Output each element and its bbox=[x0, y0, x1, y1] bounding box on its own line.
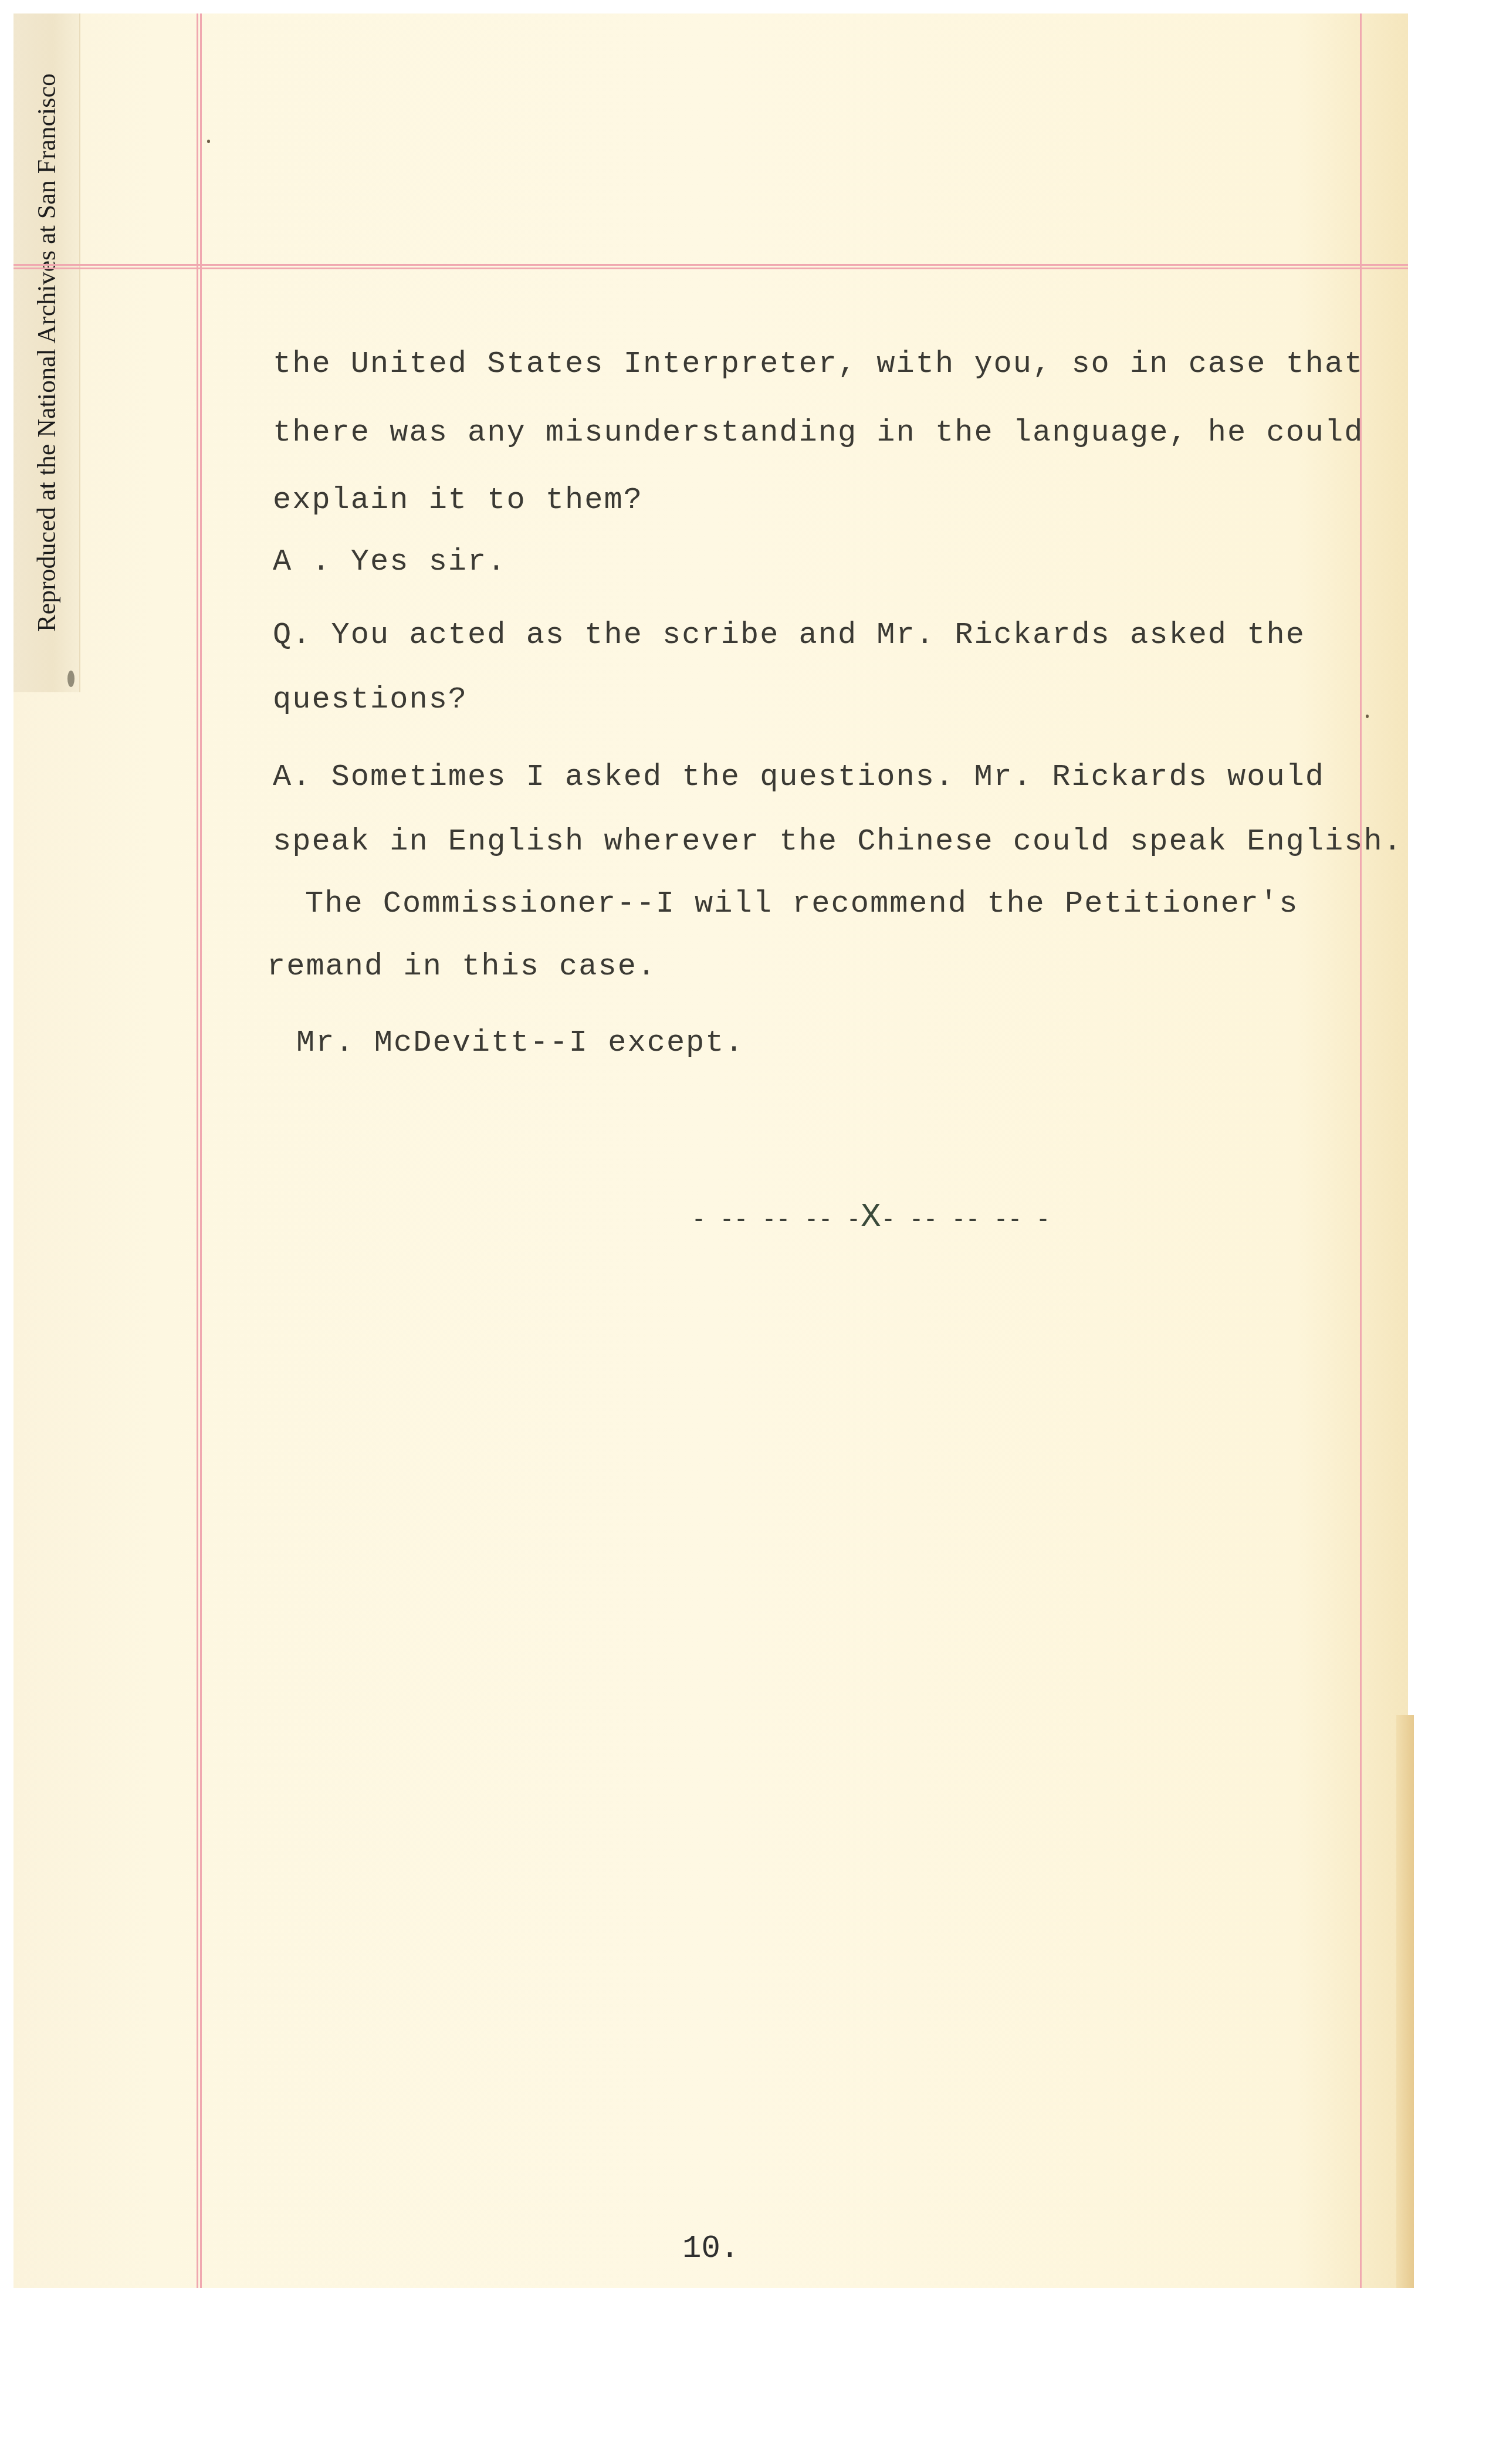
answer-line: A . Yes sir. bbox=[273, 544, 506, 580]
transcript-line: there was any misunderstanding in the la… bbox=[273, 415, 1363, 451]
separator-mark: X bbox=[861, 1199, 881, 1237]
separator-dashes-left: - -- -- -- - bbox=[692, 1207, 861, 1234]
section-separator: - -- -- -- -X- -- -- -- - bbox=[635, 1172, 1050, 1263]
separator-dashes-right: - -- -- -- - bbox=[881, 1207, 1050, 1234]
transcript-line: questions? bbox=[273, 682, 468, 717]
archive-stamp-text: Reproduced at the National Archives at S… bbox=[32, 73, 62, 632]
objection-line: Mr. McDevitt--I except. bbox=[296, 1025, 744, 1061]
transcript-line: the United States Interpreter, with you,… bbox=[273, 347, 1363, 382]
paper-speck bbox=[1366, 715, 1369, 718]
document-page: Reproduced at the National Archives at S… bbox=[13, 13, 1408, 2288]
answer-line: A. Sometimes I asked the questions. Mr. … bbox=[273, 760, 1325, 795]
transcript-line: explain it to them? bbox=[273, 483, 643, 518]
paper-speck bbox=[207, 140, 210, 143]
archive-stamp-strip: Reproduced at the National Archives at S… bbox=[13, 13, 80, 692]
left-margin-rule bbox=[197, 13, 202, 2288]
page-edge-shadow bbox=[1396, 1715, 1414, 2288]
transcript-line: remand in this case. bbox=[267, 949, 656, 984]
question-line: Q. You acted as the scribe and Mr. Ricka… bbox=[273, 618, 1305, 653]
page-number: 10. bbox=[682, 2231, 739, 2267]
transcript-line: speak in English wherever the Chinese co… bbox=[273, 824, 1403, 859]
stamp-blemish bbox=[67, 671, 75, 687]
top-margin-rule bbox=[13, 264, 1408, 269]
commissioner-line: The Commissioner--I will recommend the P… bbox=[305, 886, 1298, 922]
